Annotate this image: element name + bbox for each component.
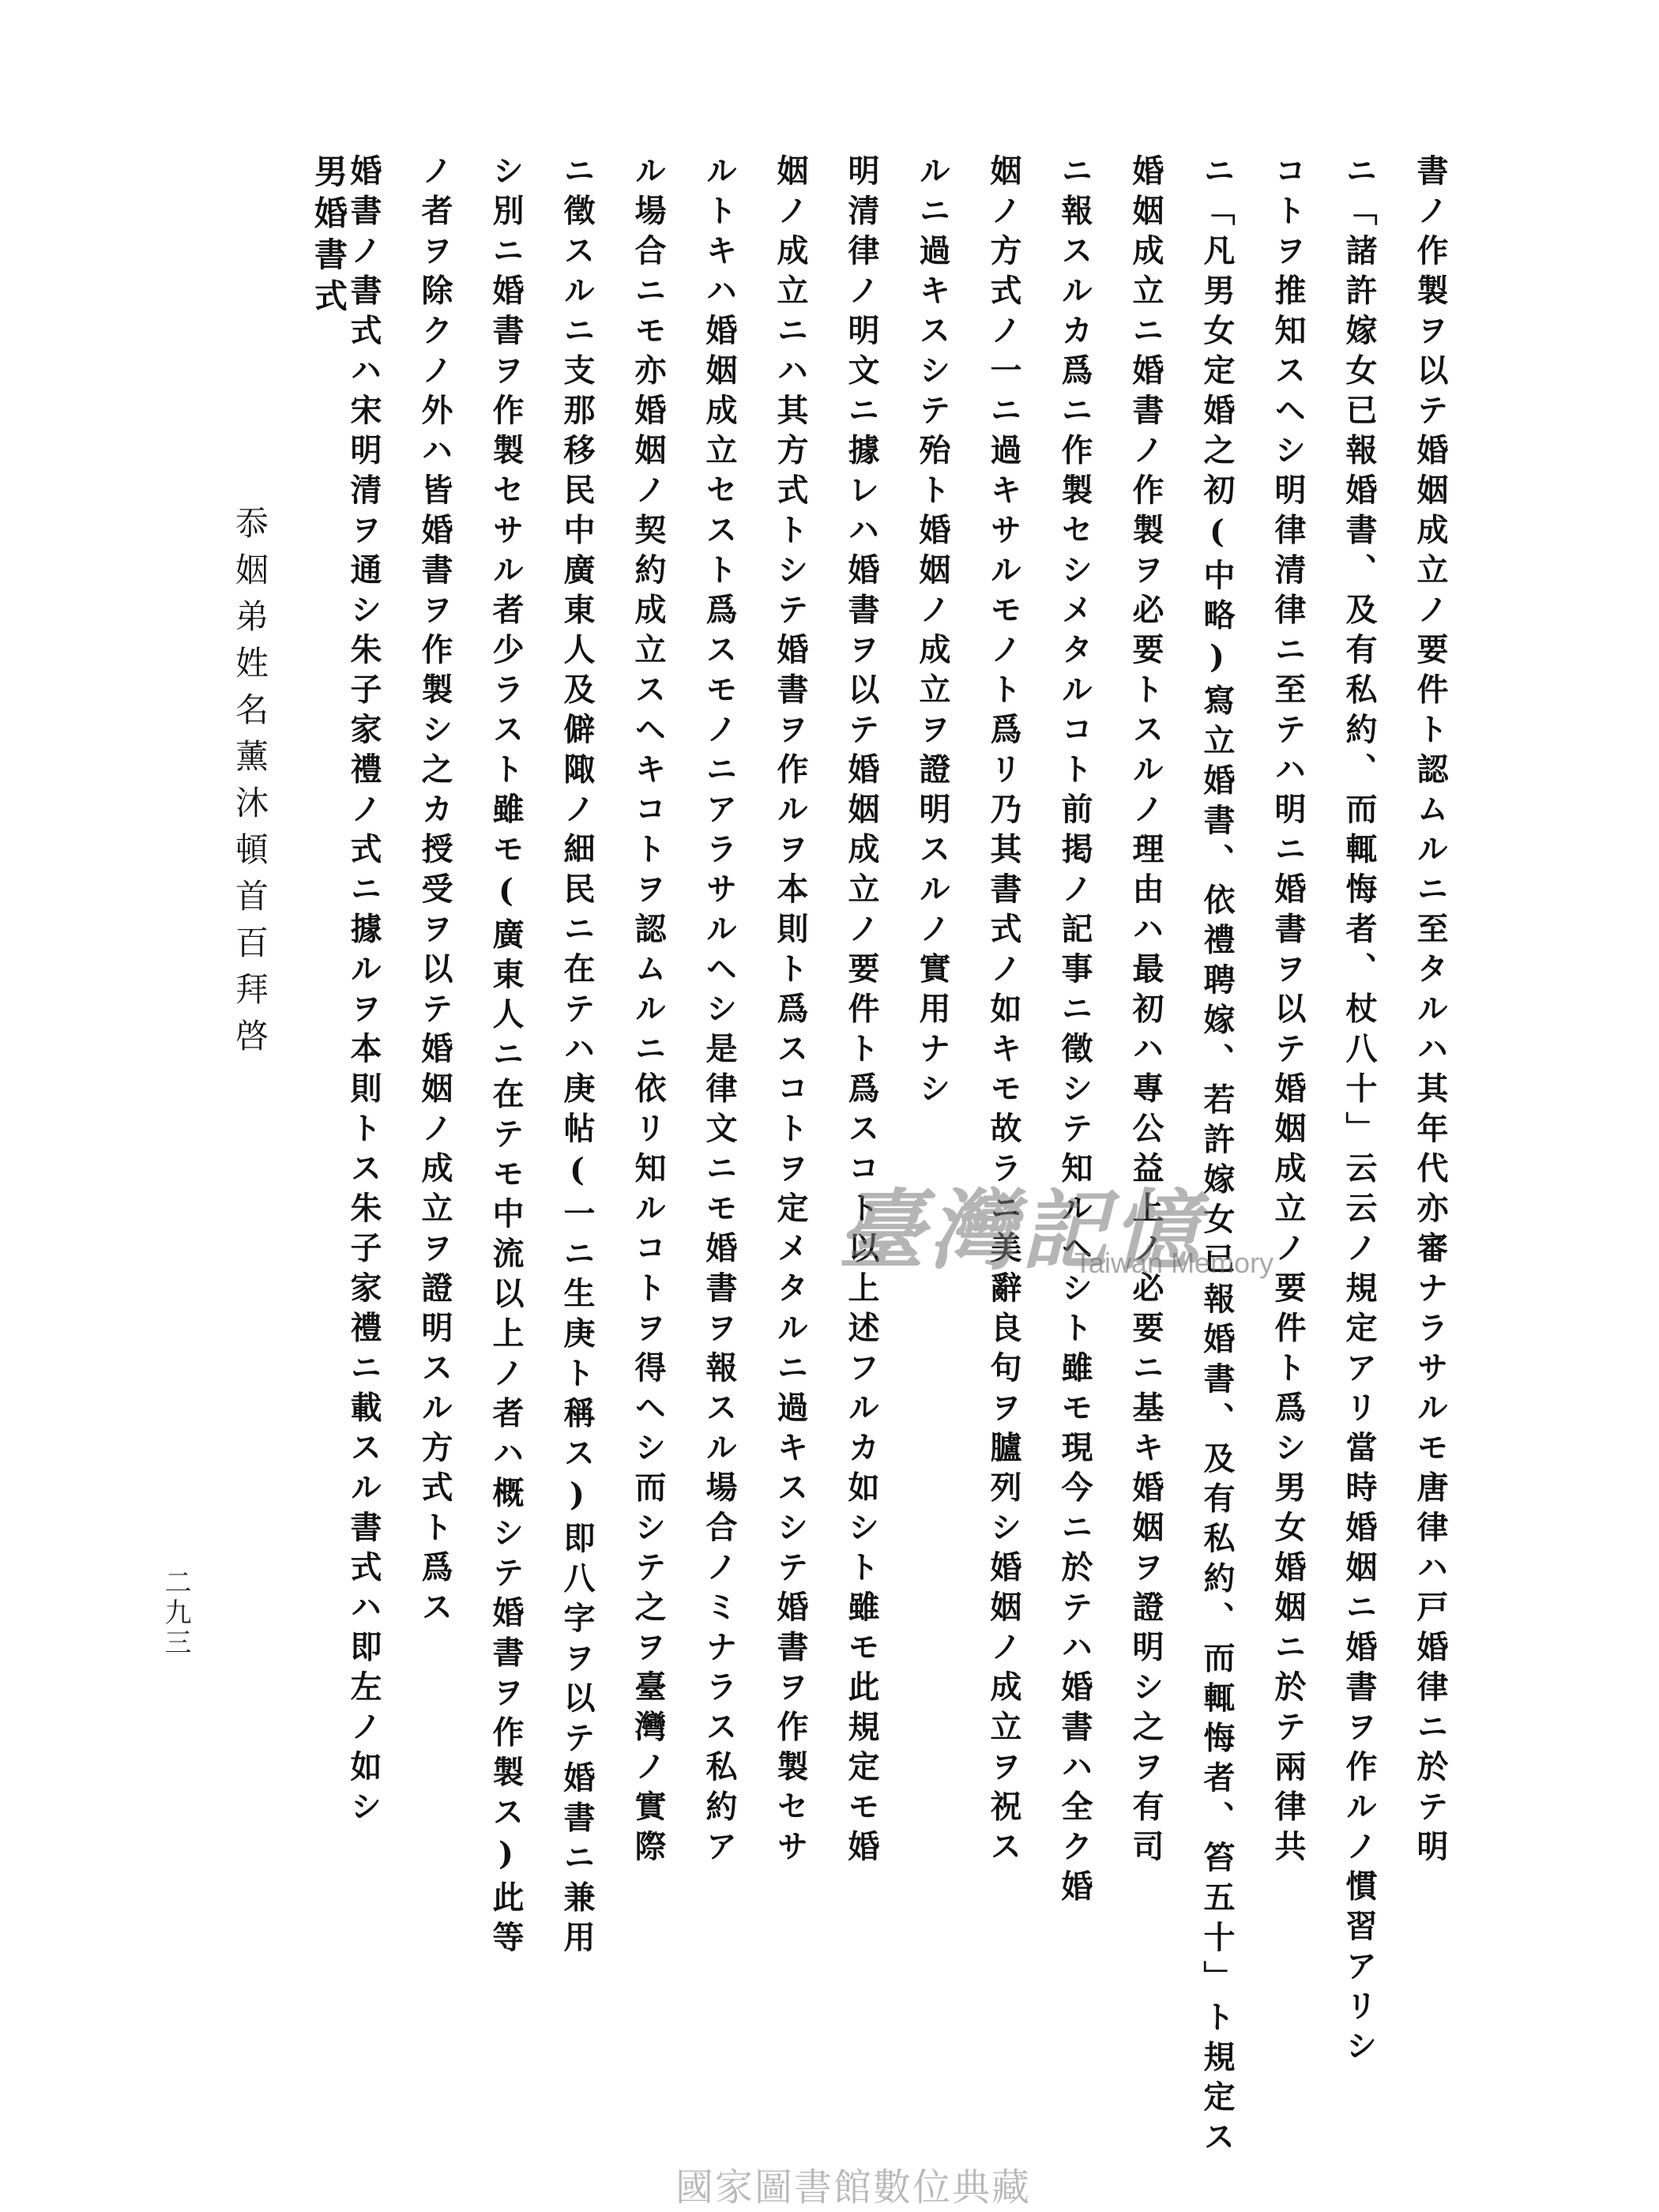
text-column-9: 明清律ノ明文ニ據レハ婚書ヲ以テ婚姻成立ノ要件ト爲スコト以上述フルカ如シト雖モ此規… [845, 154, 877, 1870]
text-column-7: 姻ノ方式ノ一ニ過キサルモノト爲リ乃其書式ノ如キモ故ラニ美辭良句ヲ臚列シ婚姻ノ成立… [987, 154, 1019, 1870]
text-column-15: ノ者ヲ除クノ外ハ皆婚書ヲ作製シ之カ授受ヲ以テ婚姻ノ成立ヲ證明スル方式ト爲ス [419, 154, 450, 1631]
text-column-8: ルニ過キスシテ殆ト婚姻ノ成立ヲ證明スルノ實用ナシ [916, 154, 948, 1112]
text-column-12: ル場合ニモ亦婚姻ノ契約成立スヘキコトヲ認ムルニ依リ知ルコトヲ得ヘシ而シテ之ヲ臺灣… [632, 154, 664, 1870]
watermark-english: Taiwan Memory [1074, 1247, 1273, 1280]
document-page: 書ノ作製ヲ以テ婚姻成立ノ要件ト認ムルニ至タルハ其年代亦審ナラサルモ唐律ハ戸婚律ニ… [0, 0, 1659, 2212]
section-heading: 男婚書式 [312, 154, 345, 320]
greeting-line: 忝姻弟姓名薰沐頓首百拜啓 [233, 506, 266, 1065]
text-column-13: ニ徵スルニ支那移民中廣東人及僻陬ノ細民ニ在テハ庚帖(一ニ生庚ト稱ス)即八字ヲ以テ… [561, 154, 592, 1961]
page-number: 二九三 [156, 1568, 195, 1658]
text-column-10: 姻ノ成立ニハ其方式トシテ婚書ヲ作ルヲ本則ト爲スコトヲ定メタルニ過キスシテ婚書ヲ作… [774, 154, 806, 1870]
footer-archive-label: 國家圖書館數位典藏 [0, 2157, 1659, 2211]
text-column-14: シ別ニ婚書ヲ作製セサル者少ラスト雖モ(廣東人ニ在テモ中流以上ノ者ハ概シテ婚書ヲ作… [490, 154, 521, 1961]
text-column-16: 婚書ノ書式ハ宋明清ヲ通シ朱子家禮ノ式ニ據ルヲ本則トス朱子家禮ニ載スル書式ハ即左ノ… [348, 154, 379, 1830]
text-column-3: コトヲ推知スヘシ明律清律ニ至テハ明ニ婚書ヲ以テ婚姻成立ノ要件ト爲シ男女婚姻ニ於テ… [1272, 154, 1303, 1870]
text-column-2: ニ「諸許嫁女已報婚書、及有私約、而輒悔者、杖八十」云云ノ規定アリ當時婚姻ニ婚書ヲ… [1343, 154, 1375, 2069]
text-column-5: 婚姻成立ニ婚書ノ作製ヲ必要トスルノ理由ハ最初ハ專公益上ノ必要ニ基キ婚姻ヲ證明シ之… [1130, 154, 1161, 1870]
text-column-6: ニ報スルカ爲ニ作製セシメタルコト前掲ノ記事ニ徵シテ知ルヘシト雖モ現今ニ於テハ婚書… [1059, 154, 1090, 1909]
text-column-11: ルトキハ婚姻成立セスト爲スモノニアラサルヘシ是律文ニモ婚書ヲ報スル場合ノミナラス… [703, 154, 735, 1870]
text-column-4: ニ「凡男女定婚之初(中略)寫立婚書、依禮聘嫁、若許嫁女已報婚書、及有私約、而輒悔… [1201, 154, 1232, 2160]
text-column-1: 書ノ作製ヲ以テ婚姻成立ノ要件ト認ムルニ至タルハ其年代亦審ナラサルモ唐律ハ戸婚律ニ… [1414, 154, 1446, 1870]
